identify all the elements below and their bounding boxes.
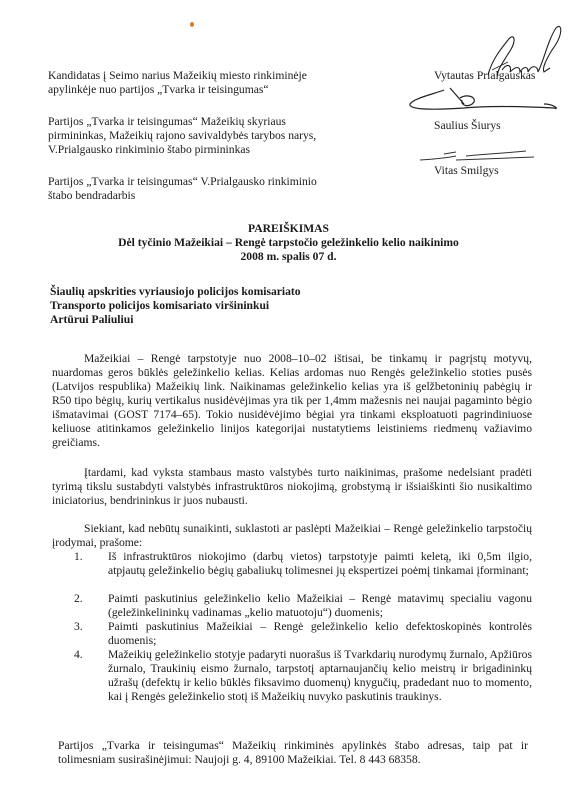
addressee-line: Artūrui Paliuliui: [50, 313, 450, 327]
signatory-role-2: Partijos „Tvarka ir teisingumas“ Mažeiki…: [48, 115, 378, 157]
role-line: Partijos „Tvarka ir teisingumas“ Mažeiki…: [48, 115, 378, 129]
request-text: Paimti paskutinius Mažeikiai – Rengė gel…: [108, 620, 532, 648]
body-paragraph-1: Mažeikiai – Rengė tarpstotyje nuo 2008–1…: [52, 352, 532, 450]
role-line: V.Prialgausko rinkiminio štabo pirminink…: [48, 143, 378, 157]
signature-siurys: [404, 84, 564, 114]
signatory-name-3: Vitas Smilgys: [434, 164, 574, 178]
document-title: PAREIŠKIMAS: [0, 222, 577, 236]
role-line: Partijos „Tvarka ir teisingumas“ V.Prial…: [48, 175, 378, 189]
signatory-name-1: Vytautas Prialgauskas: [434, 69, 574, 83]
paragraph-text: Mažeikiai – Rengė tarpstotyje nuo 2008–1…: [52, 352, 532, 449]
paragraph-text: Siekiant, kad nebūtų sunaikinti, suklast…: [52, 522, 532, 549]
document-date: 2008 m. spalis 07 d.: [0, 250, 577, 264]
signature-smilgys: [416, 146, 536, 164]
signatory-role-1: Kandidatas į Seimo narius Mažeikių miest…: [48, 69, 378, 97]
request-number: 4.: [74, 648, 104, 662]
paragraph-text: Įtardami, kad vyksta stambaus masto vals…: [52, 466, 532, 507]
request-number: 2.: [74, 592, 104, 606]
body-paragraph-3: Siekiant, kad nebūtų sunaikinti, suklast…: [52, 522, 532, 550]
request-text: Iš infrastruktūros niokojimo (darbų viet…: [108, 550, 532, 578]
footer-address: Partijos „Tvarka ir teisingumas“ Mažeiki…: [58, 739, 528, 767]
body-paragraph-2: Įtardami, kad vyksta stambaus masto vals…: [52, 466, 532, 508]
document-subject: Dėl tyčinio Mažeikiai – Rengė tarpstočio…: [0, 236, 577, 250]
request-text: Paimti paskutinius geležinkelio kelio Ma…: [108, 592, 532, 620]
request-number: 3.: [74, 620, 104, 634]
signatory-name-2: Saulius Šiurys: [434, 119, 574, 133]
signatory-role-3: Partijos „Tvarka ir teisingumas“ V.Prial…: [48, 175, 378, 203]
role-line: štabo bendradarbis: [48, 189, 378, 203]
scan-artifact: [190, 22, 194, 27]
request-number: 1.: [74, 550, 104, 564]
addressee-line: Transporto policijos komisariato viršini…: [50, 299, 450, 313]
addressee-line: Šiaulių apskrities vyriausiojo policijos…: [50, 285, 450, 299]
role-line: apylinkėje nuo partijos „Tvarka ir teisi…: [48, 83, 378, 97]
addressee: Šiaulių apskrities vyriausiojo policijos…: [50, 285, 450, 327]
request-text: Mažeikių geležinkelio stotyje padaryti n…: [108, 648, 532, 704]
role-line: Kandidatas į Seimo narius Mažeikių miest…: [48, 69, 378, 83]
role-line: pirmininkas, Mažeikių rajono savivaldybė…: [48, 129, 378, 143]
